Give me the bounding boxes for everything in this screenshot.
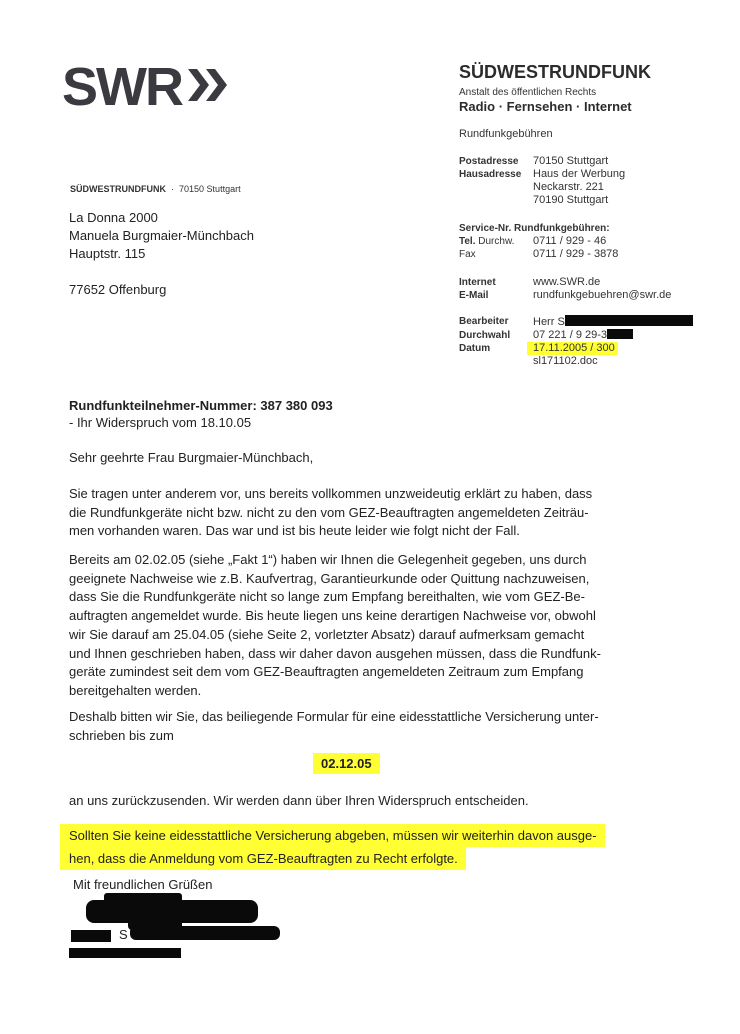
org-subtitle: Anstalt des öffentlichen Rechts xyxy=(459,87,596,98)
clerk-block: Bearbeiter Herr S Durchwahl 07 221 / 9 2… xyxy=(459,315,693,368)
website-link[interactable]: www.SWR.de xyxy=(533,276,600,289)
address-block: Postadresse 70150 Stuttgart Hausadresse … xyxy=(459,155,625,207)
double-chevron-right-icon xyxy=(188,65,232,110)
service-block: Service-Nr. Rundfunkgebühren: Tel. Durch… xyxy=(459,222,618,261)
clerk-row-name: Bearbeiter Herr S xyxy=(459,315,693,329)
address-row: Neckarstr. 221 xyxy=(459,181,625,194)
address-row: Postadresse 70150 Stuttgart xyxy=(459,155,625,168)
signature-initial: S xyxy=(119,927,128,942)
department: Rundfunkgebühren xyxy=(459,128,553,140)
paragraph-2: Bereits am 02.02.05 (siehe „Fakt 1“) hab… xyxy=(69,551,601,701)
recipient-address: La Donna 2000 Manuela Burgmaier-Münchbac… xyxy=(69,209,254,299)
contact-row-email: E-Mail rundfunkgebuehren@swr.de xyxy=(459,289,671,302)
paragraph-1: Sie tragen unter anderem vor, uns bereit… xyxy=(69,485,592,541)
email-link[interactable]: rundfunkgebuehren@swr.de xyxy=(533,289,671,302)
sender-line: SÜDWESTRUNDFUNK · 70150 Stuttgart xyxy=(70,184,241,194)
clerk-row-doc: sl171102.doc xyxy=(459,355,693,368)
paragraph-4: an uns zurückzusenden. Wir werden dann ü… xyxy=(69,792,529,811)
address-row: Hausadresse Haus der Werbung xyxy=(459,168,625,181)
service-row-tel: Tel. Durchw. 0711 / 929 - 46 xyxy=(459,235,618,248)
contact-block: Internet www.SWR.de E-Mail rundfunkgebue… xyxy=(459,276,671,302)
org-media: Radio · Fernsehen · Internet xyxy=(459,99,632,114)
paragraph-3: Deshalb bitten wir Sie, das beiliegende … xyxy=(69,708,599,745)
clerk-row-phone: Durchwahl 07 221 / 9 29-3 xyxy=(459,329,693,342)
salutation: Sehr geehrte Frau Burgmaier-Münchbach, xyxy=(69,450,313,465)
redaction-bar xyxy=(607,329,633,339)
subject: Rundfunkteilnehmer-Nummer: 387 380 093 xyxy=(69,398,333,413)
redaction-bar xyxy=(565,315,693,326)
logo-text: SWR xyxy=(62,62,182,112)
service-title: Service-Nr. Rundfunkgebühren: xyxy=(459,222,618,235)
address-row: 70190 Stuttgart xyxy=(459,194,625,207)
service-row-fax: Fax 0711 / 929 - 3878 xyxy=(459,248,618,261)
date-highlight: 17.11.2005 / 300 xyxy=(527,342,618,355)
signature-redaction xyxy=(69,948,181,958)
org-name: SÜDWESTRUNDFUNK xyxy=(459,62,651,83)
contact-row-internet: Internet www.SWR.de xyxy=(459,276,671,289)
swr-logo: SWR xyxy=(62,62,232,112)
signature-redaction xyxy=(130,926,280,940)
highlighted-paragraph: Sollten Sie keine eidesstattliche Versic… xyxy=(60,824,605,870)
clerk-row-date: Datum 17.11.2005 / 300 xyxy=(459,342,693,355)
signature-redaction xyxy=(71,930,111,942)
closing: Mit freundlichen Grüßen xyxy=(73,877,212,892)
deadline-date: 02.12.05 xyxy=(313,753,380,774)
subject-reference: - Ihr Widerspruch vom 18.10.05 xyxy=(69,415,251,430)
